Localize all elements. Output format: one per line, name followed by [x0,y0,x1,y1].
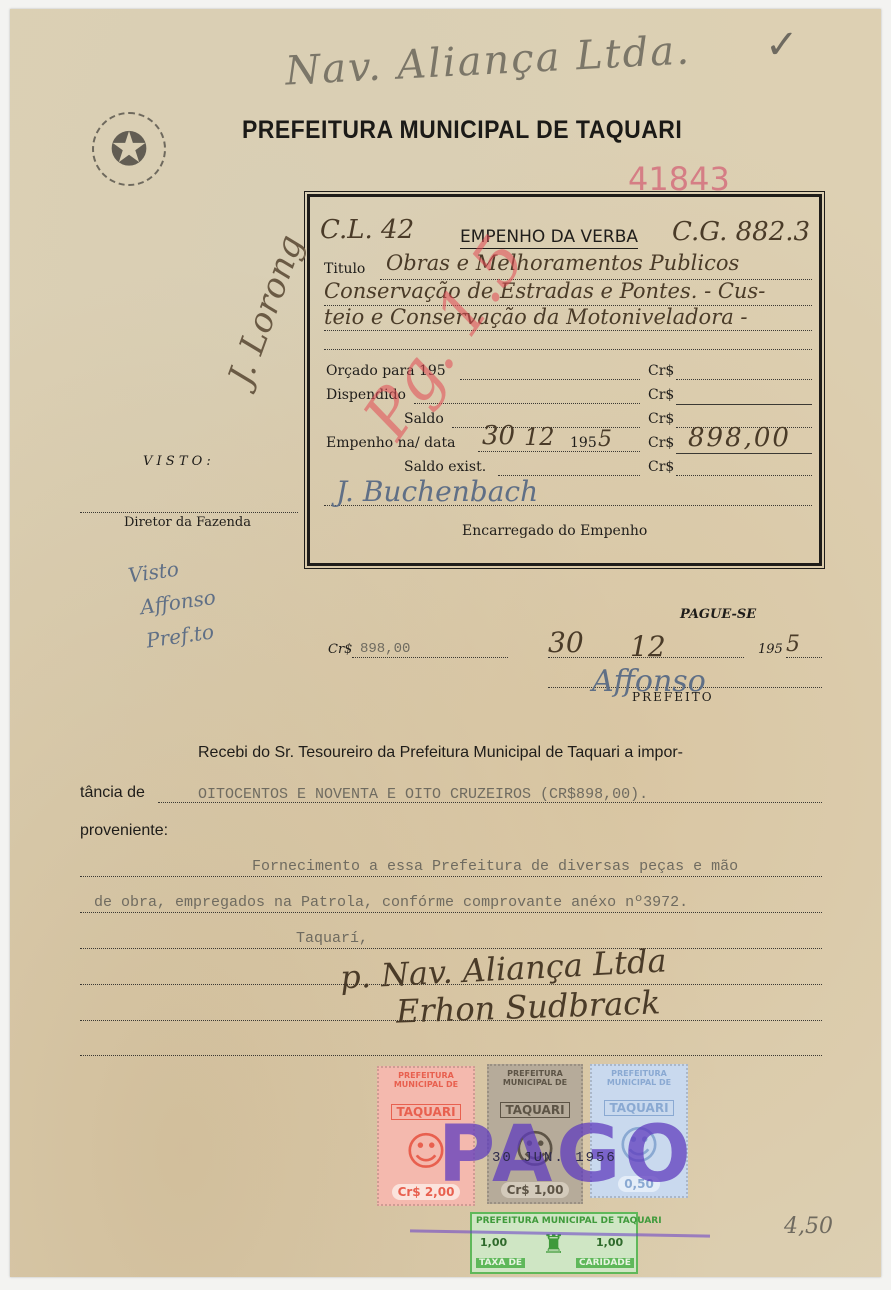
charity-label-left: TAXA DE [476,1258,525,1268]
empenho-year-prefix: 195 [570,435,597,451]
coat-of-arms-icon: ✪ [92,112,166,186]
receipt-amount-label: tância de [80,784,145,802]
place-label: Taquarí, [296,930,368,947]
paid-stamp-date: 30 JUN. 1956 [492,1150,617,1166]
currency-label: Cr$ [648,387,674,403]
saldo-exist-label: Saldo exist. [404,459,486,475]
pague-se-label: PAGUE-SE [680,607,756,622]
description-line-2: de obra, empregados na Patrola, confórme… [94,894,688,911]
titulo-line-2: Conservação de Estradas e Pontes. - Cus- [324,279,765,303]
empenho-box: C.L. 42 EMPENHO DA VERBA C.G. 882.3 Titu… [307,194,822,566]
stamp-header: PREFEITURA MUNICIPAL DE [491,1070,579,1088]
titulo-label: Titulo [324,261,365,277]
margin-pencil-note: 4,50 [784,1214,833,1239]
titulo-line-1: Obras e Melhoramentos Publicos [386,251,739,275]
charity-label-right: CARIDADE [576,1258,634,1268]
stamp-header: PREFEITURA MUNICIPAL DE [381,1072,471,1090]
visto-label: V I S T O : [143,454,211,469]
encarregado-label: Encarregado do Empenho [462,523,647,539]
code-right: C.G. 882.3 [672,217,810,247]
check-mark-icon: ✓ [765,22,799,68]
page-title: PREFEITURA MUNICIPAL DE TAQUARI [242,116,682,145]
currency-label: Cr$ [648,459,674,475]
prefeito-label: PREFEITO [632,690,714,704]
pague-se-year-prefix: 195 [758,642,783,657]
stamp-header: PREFEITURA MUNICIPAL DE [594,1070,684,1088]
pague-se-amount: 898,00 [360,641,410,657]
description-line-1: Fornecimento a essa Prefeitura de divers… [252,858,738,875]
charity-stamp-header: PREFEITURA MUNICIPAL DE TAQUARI [476,1216,662,1226]
charity-value-left: 1,00 [480,1236,507,1249]
charity-tax-stamp: PREFEITURA MUNICIPAL DE TAQUARI 1,00 ♜ 1… [470,1212,638,1274]
pague-se-currency: Cr$ [328,642,352,657]
diretor-label: Diretor da Fazenda [124,515,251,530]
empenho-day: 30 [482,421,515,451]
code-left: C.L. 42 [320,215,414,245]
empenho-signature: J. Buchenbach [336,475,538,508]
empenho-year-suffix: 5 [598,427,612,452]
currency-label: Cr$ [648,411,674,427]
red-reference-number: 41843 [628,160,730,198]
charity-value-right: 1,00 [596,1236,623,1249]
pague-se-month: 12 [630,630,666,663]
currency-label: Cr$ [648,435,674,451]
proveniente-label: proveniente: [80,822,168,840]
amount-in-words: OITOCENTOS E NOVENTA E OITO CRUZEIROS (C… [198,786,648,803]
titulo-line-3: teio e Conservação da Motoniveladora - [324,305,748,329]
receipt-line-1: Recebi do Sr. Tesoureiro da Prefeitura M… [198,744,683,762]
pague-se-year-suffix: 5 [786,632,800,657]
empenho-amount: 898,00 [688,423,791,453]
pague-se-day: 30 [548,626,584,659]
empenho-month: 12 [524,423,555,451]
currency-label: Cr$ [648,363,674,379]
